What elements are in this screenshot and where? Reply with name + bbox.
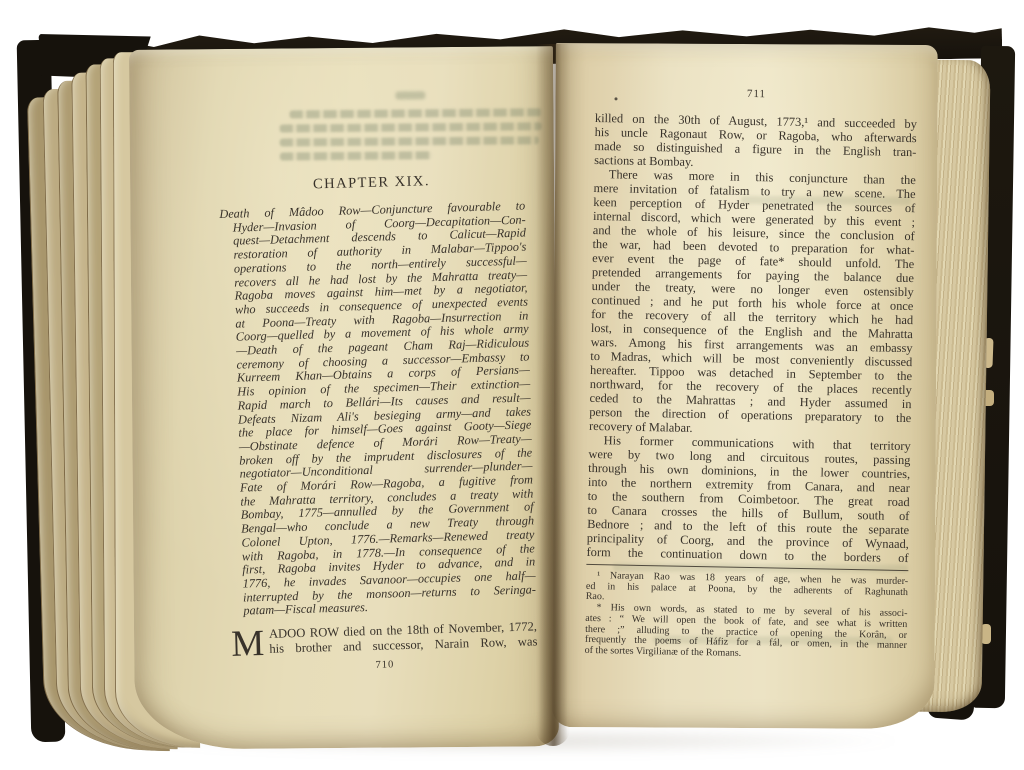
open-book: CHAPTER XIX. Death of Mâdoo Row—Conjunct… bbox=[0, 0, 1024, 770]
show-through-line bbox=[290, 108, 542, 118]
left-page-text: CHAPTER XIX. Death of Mâdoo Row—Conjunct… bbox=[218, 171, 538, 675]
show-through-line bbox=[280, 136, 539, 146]
opening-lines: ADOO ROW died on the 18th of November, 1… bbox=[231, 619, 538, 657]
chapter-heading: CHAPTER XIX. bbox=[218, 171, 524, 197]
page-number-left: 710 bbox=[232, 655, 538, 675]
right-page: 711 killed on the 30th of August, 1773,¹… bbox=[552, 43, 938, 729]
photo-background: CHAPTER XIX. Death of Mâdoo Row—Conjunct… bbox=[0, 0, 1024, 770]
show-through-page-number bbox=[395, 91, 425, 99]
drop-cap: M bbox=[231, 627, 270, 659]
show-through-line bbox=[280, 122, 542, 132]
body-paragraph-3: His former communications with that terr… bbox=[586, 433, 910, 565]
show-through-line bbox=[280, 151, 432, 160]
body-paragraph-1: killed on the 30th of August, 1773,¹ and… bbox=[594, 111, 917, 173]
right-page-text: 711 killed on the 30th of August, 1773,¹… bbox=[585, 85, 918, 663]
chapter-summary: Death of Mâdoo Row—Conjuncture favourabl… bbox=[219, 200, 536, 619]
show-through-text bbox=[279, 90, 542, 166]
footnote-2: * His own words, as stated to me by seve… bbox=[585, 603, 908, 663]
body-paragraph-2: There was more in this conjuncture than … bbox=[589, 167, 916, 439]
left-page: CHAPTER XIX. Death of Mâdoo Row—Conjunct… bbox=[129, 46, 559, 750]
page-number-right: 711 bbox=[595, 85, 917, 103]
opening-paragraph: M ADOO ROW died on the 18th of November,… bbox=[231, 619, 538, 657]
